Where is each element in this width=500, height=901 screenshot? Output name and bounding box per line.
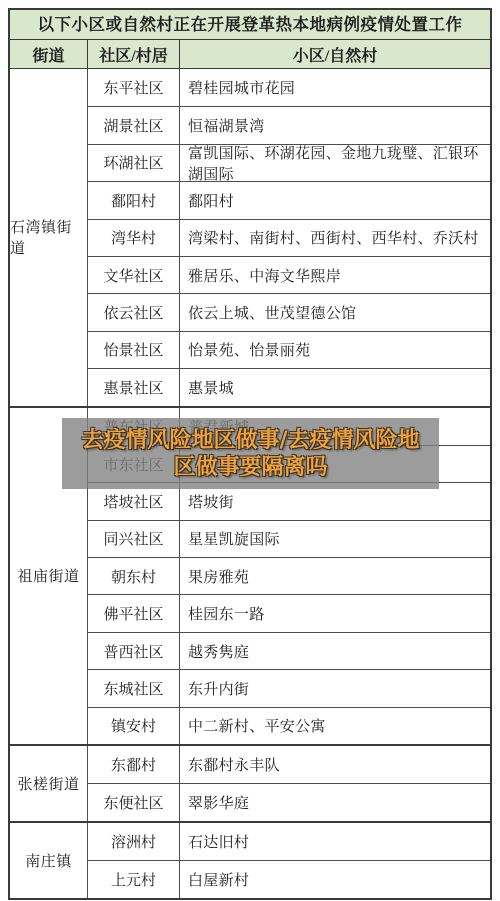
column-header-community: 社区/村居 xyxy=(88,40,180,68)
street-cell: 石湾镇街道 xyxy=(10,69,88,406)
community-cell: 溶洲村 xyxy=(88,823,180,860)
community-cell: 普西社区 xyxy=(88,632,180,669)
villages-cell: 中二新村、平安公寓 xyxy=(180,707,490,744)
community-cell: 朝东村 xyxy=(88,557,180,594)
villages-cell: 石达旧村 xyxy=(180,823,490,860)
villages-cell: 果房雅苑 xyxy=(180,557,490,594)
villages-cell: 雅居乐、中海文华熙岸 xyxy=(180,256,490,293)
community-cell: 湖景社区 xyxy=(88,106,180,143)
community-cell: 同兴社区 xyxy=(88,520,180,557)
villages-cell: 惠景城 xyxy=(180,368,490,405)
villages-cell: 越秀隽庭 xyxy=(180,632,490,669)
villages-cell: 东升内街 xyxy=(180,669,490,706)
community-cell: 上元村 xyxy=(88,860,180,897)
community-cell: 文华社区 xyxy=(88,256,180,293)
community-cell: 佛平社区 xyxy=(88,594,180,631)
villages-cell: 怡景苑、怡景丽苑 xyxy=(180,331,490,368)
villages-cell: 湾梁村、南街村、西街村、西华村、乔沃村 xyxy=(180,219,490,256)
villages-cell: 白屋新村 xyxy=(180,860,490,897)
villages-cell: 鄱阳村 xyxy=(180,181,490,218)
community-cell: 东鄱村 xyxy=(88,746,180,783)
street-cell: 南庄镇 xyxy=(10,823,88,898)
community-cell: 镇安村 xyxy=(88,707,180,744)
community-cell: 鄱阳村 xyxy=(88,181,180,218)
community-cell: 东平社区 xyxy=(88,69,180,106)
villages-cell: 东鄱村永丰队 xyxy=(180,746,490,783)
page: 以下小区或自然村正在开展登革热本地病例疫情处置工作 街道 社区/村居 小区/自然… xyxy=(0,0,500,901)
villages-cell: 桂园东一路 xyxy=(180,594,490,631)
street-cell: 张槎街道 xyxy=(10,746,88,821)
table-title: 以下小区或自然村正在开展登革热本地病例疫情处置工作 xyxy=(10,10,490,40)
column-header-village: 小区/自然村 xyxy=(180,40,490,68)
community-cell: 湾华村 xyxy=(88,219,180,256)
community-cell: 依云社区 xyxy=(88,293,180,330)
villages-cell: 恒福湖景湾 xyxy=(180,106,490,143)
street-group: 南庄镇溶洲村石达旧村上元村白屋新村 xyxy=(10,821,490,898)
caption-overlay: 去疫情风险地区做事/去疫情风险地区做事要隔离吗 xyxy=(62,418,439,489)
community-cell: 怡景社区 xyxy=(88,331,180,368)
street-group: 石湾镇街道东平社区碧桂园城市花园湖景社区恒福湖景湾环湖社区富凯国际、环湖花园、金… xyxy=(10,69,490,406)
caption-text: 去疫情风险地区做事/去疫情风险地区做事要隔离吗 xyxy=(72,427,429,481)
villages-cell: 依云上城、世茂望德公馆 xyxy=(180,293,490,330)
community-cell: 环湖社区 xyxy=(88,144,180,181)
villages-cell: 富凯国际、环湖花园、金地九珑璧、汇银环湖国际 xyxy=(180,144,490,181)
column-header-street: 街道 xyxy=(10,40,88,68)
community-cell: 惠景社区 xyxy=(88,368,180,405)
villages-cell: 翠影华庭 xyxy=(180,783,490,820)
villages-cell: 星星凯旋国际 xyxy=(180,520,490,557)
community-cell: 东城社区 xyxy=(88,669,180,706)
villages-cell: 碧桂园城市花园 xyxy=(180,69,490,106)
community-cell: 东便社区 xyxy=(88,783,180,820)
street-group: 张槎街道东鄱村东鄱村永丰队东便社区翠影华庭 xyxy=(10,744,490,821)
column-header-row: 街道 社区/村居 小区/自然村 xyxy=(10,40,490,69)
